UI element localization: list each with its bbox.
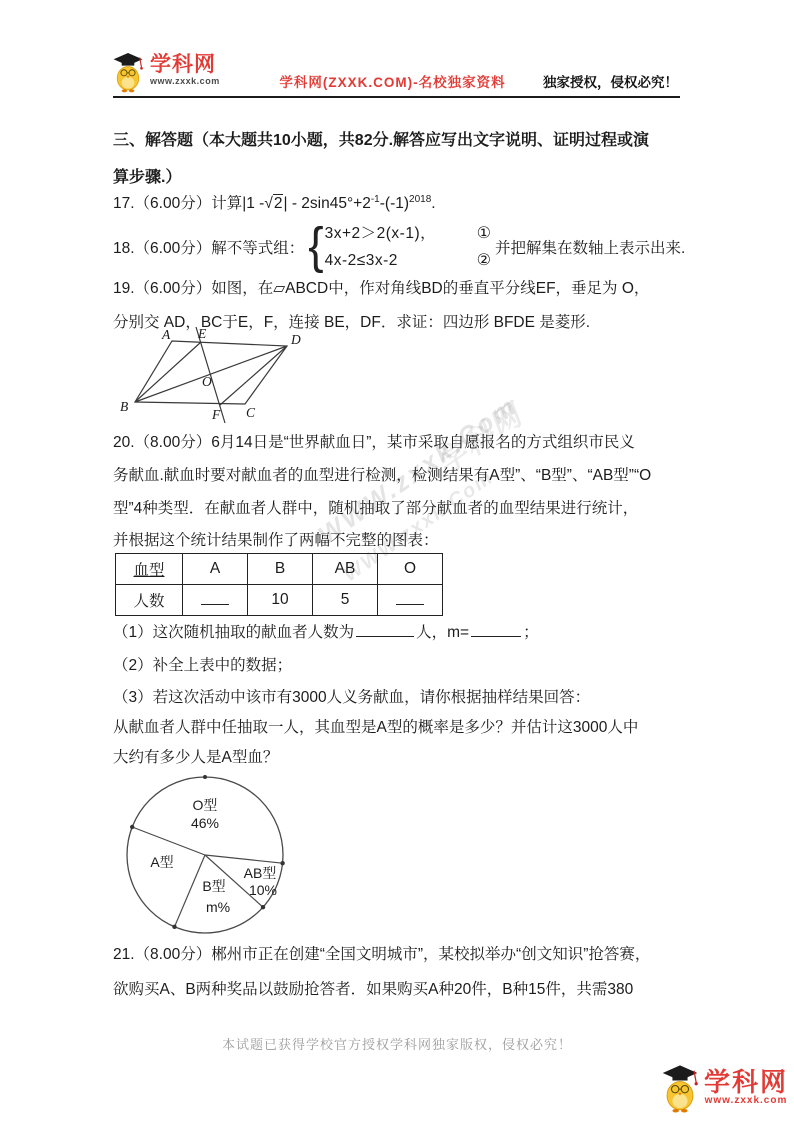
problem-19-line1: 19.（6.00分）如图，在▱ABCD中，作对角线BD的垂直平分线EF，垂足为 … — [113, 272, 649, 306]
blood-type-table: 血型 A B AB O 人数 10 5 — [115, 553, 443, 616]
row-label: 人数 — [116, 585, 183, 616]
question-2: （2）补全上表中的数据； — [113, 649, 292, 683]
p17-exponent-1: -1 — [371, 194, 380, 205]
logo-site-text: www.zxxk.com — [150, 76, 220, 86]
footer-logo-brand: 学科网 — [704, 1069, 788, 1095]
inequality-1: 3x+2＞2(x-1)， — [325, 220, 477, 247]
circled-1-icon: ① — [477, 220, 491, 247]
q1-text-b: 人，m= — [416, 624, 469, 641]
problem-20-line2: 务献血.献血时要对献血者的血型进行检测，检测结果有A型”、“B型”、“AB型”“… — [113, 459, 651, 493]
p17-exponent-2: 2018 — [409, 194, 431, 205]
blank-underline — [356, 622, 414, 637]
inequality-2: 4x-2≤3x-2 — [325, 247, 477, 274]
pie-label-AB-pct: 10% — [249, 882, 277, 898]
vertex-label-D: D — [290, 332, 301, 347]
header-copyright-notice: 独家授权，侵权必究！ — [543, 71, 678, 91]
value-B: 10 — [248, 585, 313, 616]
value-A-blank — [183, 585, 248, 616]
exam-paper-page: 学科网 www.zxxk.com 学科网(ZXXK.COM)-名校独家资料 独家… — [0, 0, 794, 1123]
sqrt-radical: √2 — [264, 194, 283, 212]
p18-label: 18.（6.00分）解不等式组： — [113, 236, 304, 258]
q1-text-a: （1）这次随机抽取的献血者人数为 — [113, 624, 354, 641]
zxxk-mascot-icon — [658, 1060, 702, 1114]
p17-mid2: -(-1) — [380, 195, 409, 212]
header-blood-type: 血型 — [133, 562, 164, 579]
p17-mid: | - 2sin45°+2 — [283, 195, 370, 212]
problem-18: 18.（6.00分）解不等式组： { 3x+2＞2(x-1)， ① 4x-2≤3… — [113, 218, 685, 276]
p18-tail: 并把解集在数轴上表示出来. — [495, 236, 685, 258]
question-1: （1）这次随机抽取的献血者人数为人，m=； — [113, 616, 539, 650]
table-header-row: 血型 A B AB O — [116, 554, 443, 585]
value-O-blank — [378, 585, 443, 616]
problem-21-line1: 21.（8.00分）郴州市正在创建“全国文明城市”，某校拟举办“创文知识”抢答赛… — [113, 938, 650, 972]
vertex-label-C: C — [246, 405, 256, 420]
blank-underline — [396, 591, 424, 605]
table-data-row: 人数 10 5 — [116, 585, 443, 616]
inequality-system: 3x+2＞2(x-1)， ① 4x-2≤3x-2 ② — [325, 220, 491, 274]
header-A: A — [183, 554, 248, 585]
p17-radicand: 2 — [273, 194, 284, 212]
header-AB: AB — [313, 554, 378, 585]
p17-prefix: 17.（6.00分）计算|1 - — [113, 195, 264, 212]
footer-copyright-text: 本试题已获得学校官方授权学科网独家版权，侵权必究！ — [0, 1034, 794, 1053]
circled-2-icon: ② — [477, 247, 491, 274]
footer-logo-site: www.zxxk.com — [705, 1095, 788, 1106]
blood-type-pie-chart: O型 46% A型 B型 m% AB型 10% — [110, 770, 310, 940]
problem-21-line2: 欲购买A、B两种奖品以鼓励抢答者．如果购买A种20件，B种15件，共需380 — [113, 973, 633, 1007]
zxxk-mascot-icon — [110, 48, 146, 94]
pie-label-O-pct: 46% — [191, 815, 219, 831]
q1-text-c: ； — [523, 624, 539, 641]
value-AB: 5 — [313, 585, 378, 616]
pie-label-B: B型 — [202, 878, 225, 894]
vertex-label-A: A — [161, 327, 171, 342]
header-B: B — [248, 554, 313, 585]
footer-zxxk-logo: 学科网 www.zxxk.com — [658, 1060, 788, 1114]
problem-17: 17.（6.00分）计算|1 -√2| - 2sin45°+2-1-(-1)20… — [113, 187, 436, 221]
question-3: （3）若这次活动中该市有3000人义务献血，请你根据抽样结果回答： — [113, 681, 590, 715]
vertex-label-B: B — [120, 399, 128, 414]
pie-label-O: O型 — [193, 797, 218, 813]
pie-label-A: A型 — [150, 854, 173, 870]
section-title-line1: 三、解答题（本大题共10小题，共82分.解答应写出文字说明、证明过程或演 — [113, 124, 649, 158]
problem-20-line3: 型”4种类型．在献血者人群中，随机抽取了部分献血者的血型结果进行统计， — [113, 492, 638, 526]
pie-label-AB: AB型 — [244, 865, 277, 881]
vertex-label-E: E — [197, 327, 207, 341]
p17-suffix: . — [431, 195, 435, 212]
vertex-label-O: O — [202, 374, 212, 389]
blank-underline — [471, 622, 521, 637]
problem-20-line1: 20.（8.00分）6月14日是“世界献血日”，某市采取自愿报名的方式组织市民义 — [113, 426, 635, 460]
zxxk-logo: 学科网 www.zxxk.com — [110, 48, 220, 94]
header-divider — [113, 96, 680, 98]
brace-glyph: { — [308, 216, 323, 274]
blank-underline — [201, 591, 229, 605]
logo-brand-text: 学科网 — [150, 54, 220, 76]
pie-label-B-pct: m% — [206, 899, 230, 915]
vertex-label-F: F — [211, 407, 221, 422]
header-O: O — [378, 554, 443, 585]
parallelogram-figure: A E D B F C O — [110, 327, 320, 427]
header-banner-text: 学科网(ZXXK.COM)-名校独家资料 — [279, 71, 505, 91]
question-3-line2: 从献血者人群中任抽取一人，其血型是A型的概率是多少？并估计这3000人中 — [113, 711, 638, 745]
